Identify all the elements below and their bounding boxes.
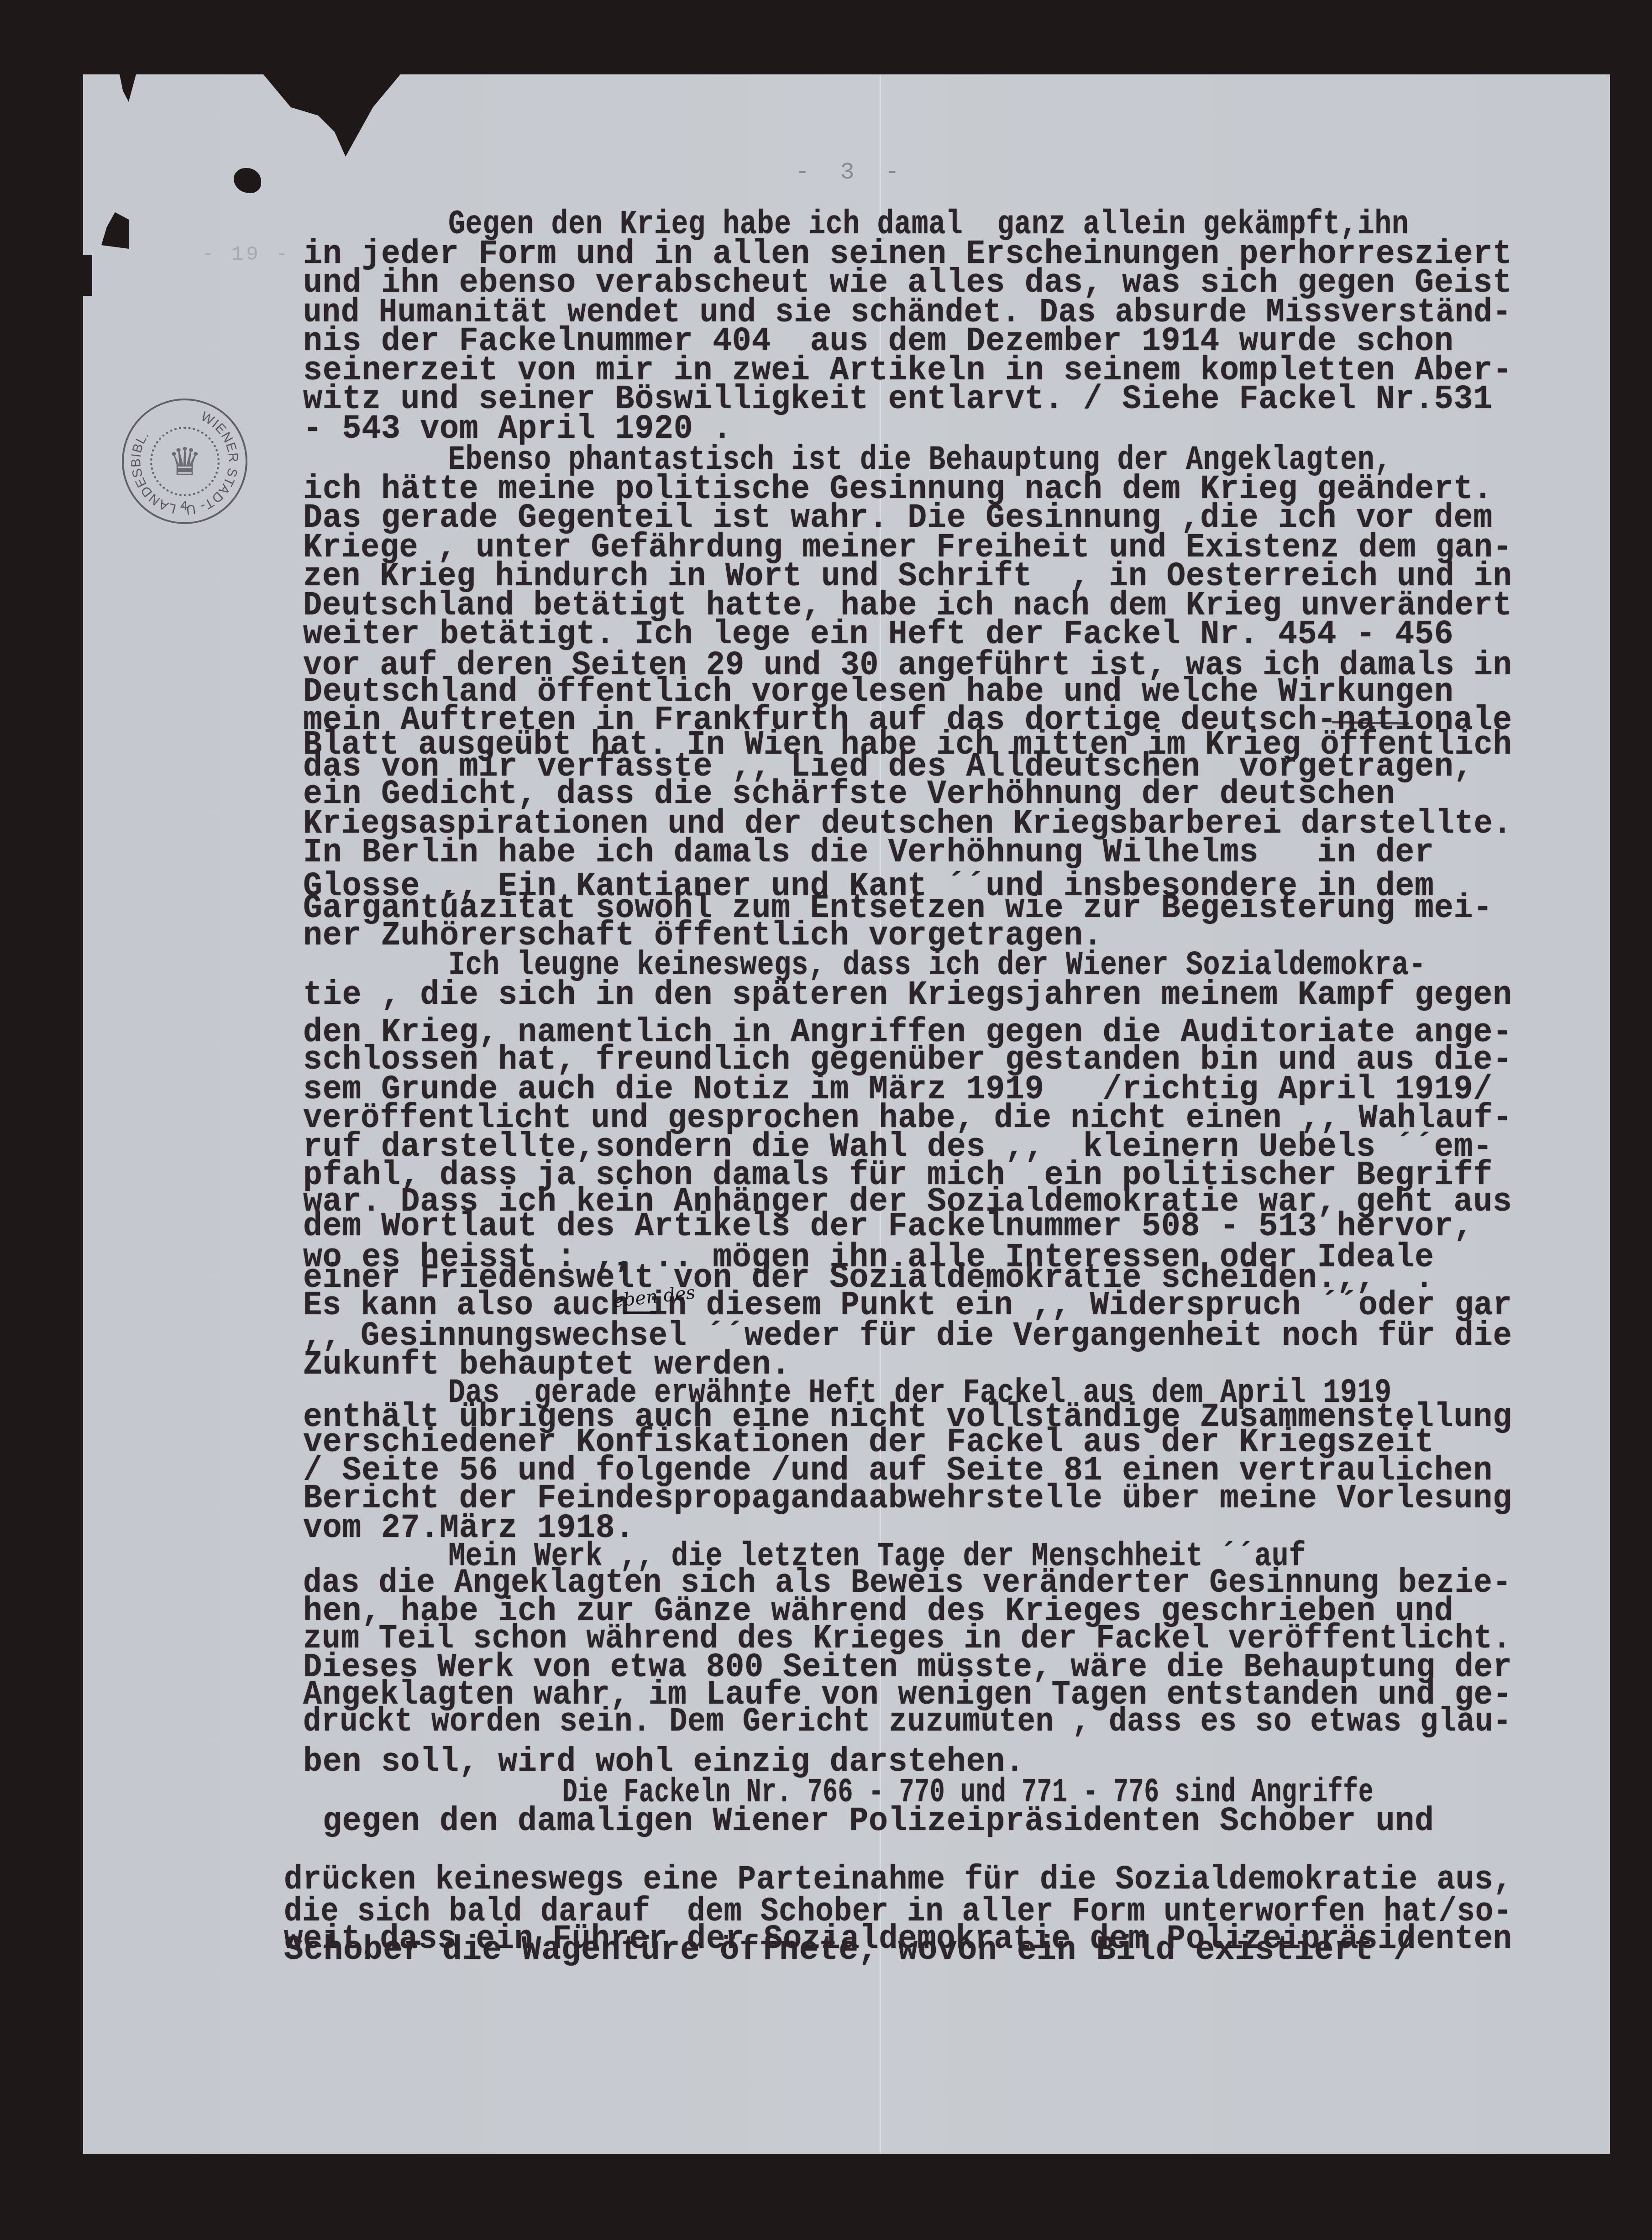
eagle-icon: ♛ xyxy=(168,442,202,481)
page-number: - 3 - xyxy=(795,159,907,186)
stamp-emblem-ring: ♛ xyxy=(150,427,220,496)
text-line: Schober die Wagentüre öffnete, wovon ein… xyxy=(284,1933,1413,1967)
document-page: - 3 - - 19 - WIENER STADT- U. LANDESBIBL… xyxy=(83,74,1610,2154)
torn-edge xyxy=(263,74,400,157)
ink-blot xyxy=(234,168,261,193)
stamp-number: 4 xyxy=(180,498,188,514)
library-stamp: WIENER STADT- U. LANDESBIBL. ♛ 4 xyxy=(122,399,247,524)
text-line: gegen den damaligen Wiener Polizeipräsid… xyxy=(303,1805,1434,1838)
torn-edge xyxy=(120,74,136,102)
text-line: tie , die sich in den späteren Kriegsjah… xyxy=(303,978,1512,1012)
strikethrough-mark xyxy=(624,1311,656,1314)
text-line: In Berlin habe ich damals die Verhöhnung… xyxy=(303,836,1434,870)
torn-edge xyxy=(83,255,92,296)
ink-blot xyxy=(101,212,129,249)
bleed-through-mark: - 19 - xyxy=(202,243,290,266)
text-line: druckt worden sein. Dem Gericht zuzumute… xyxy=(303,1705,1511,1739)
